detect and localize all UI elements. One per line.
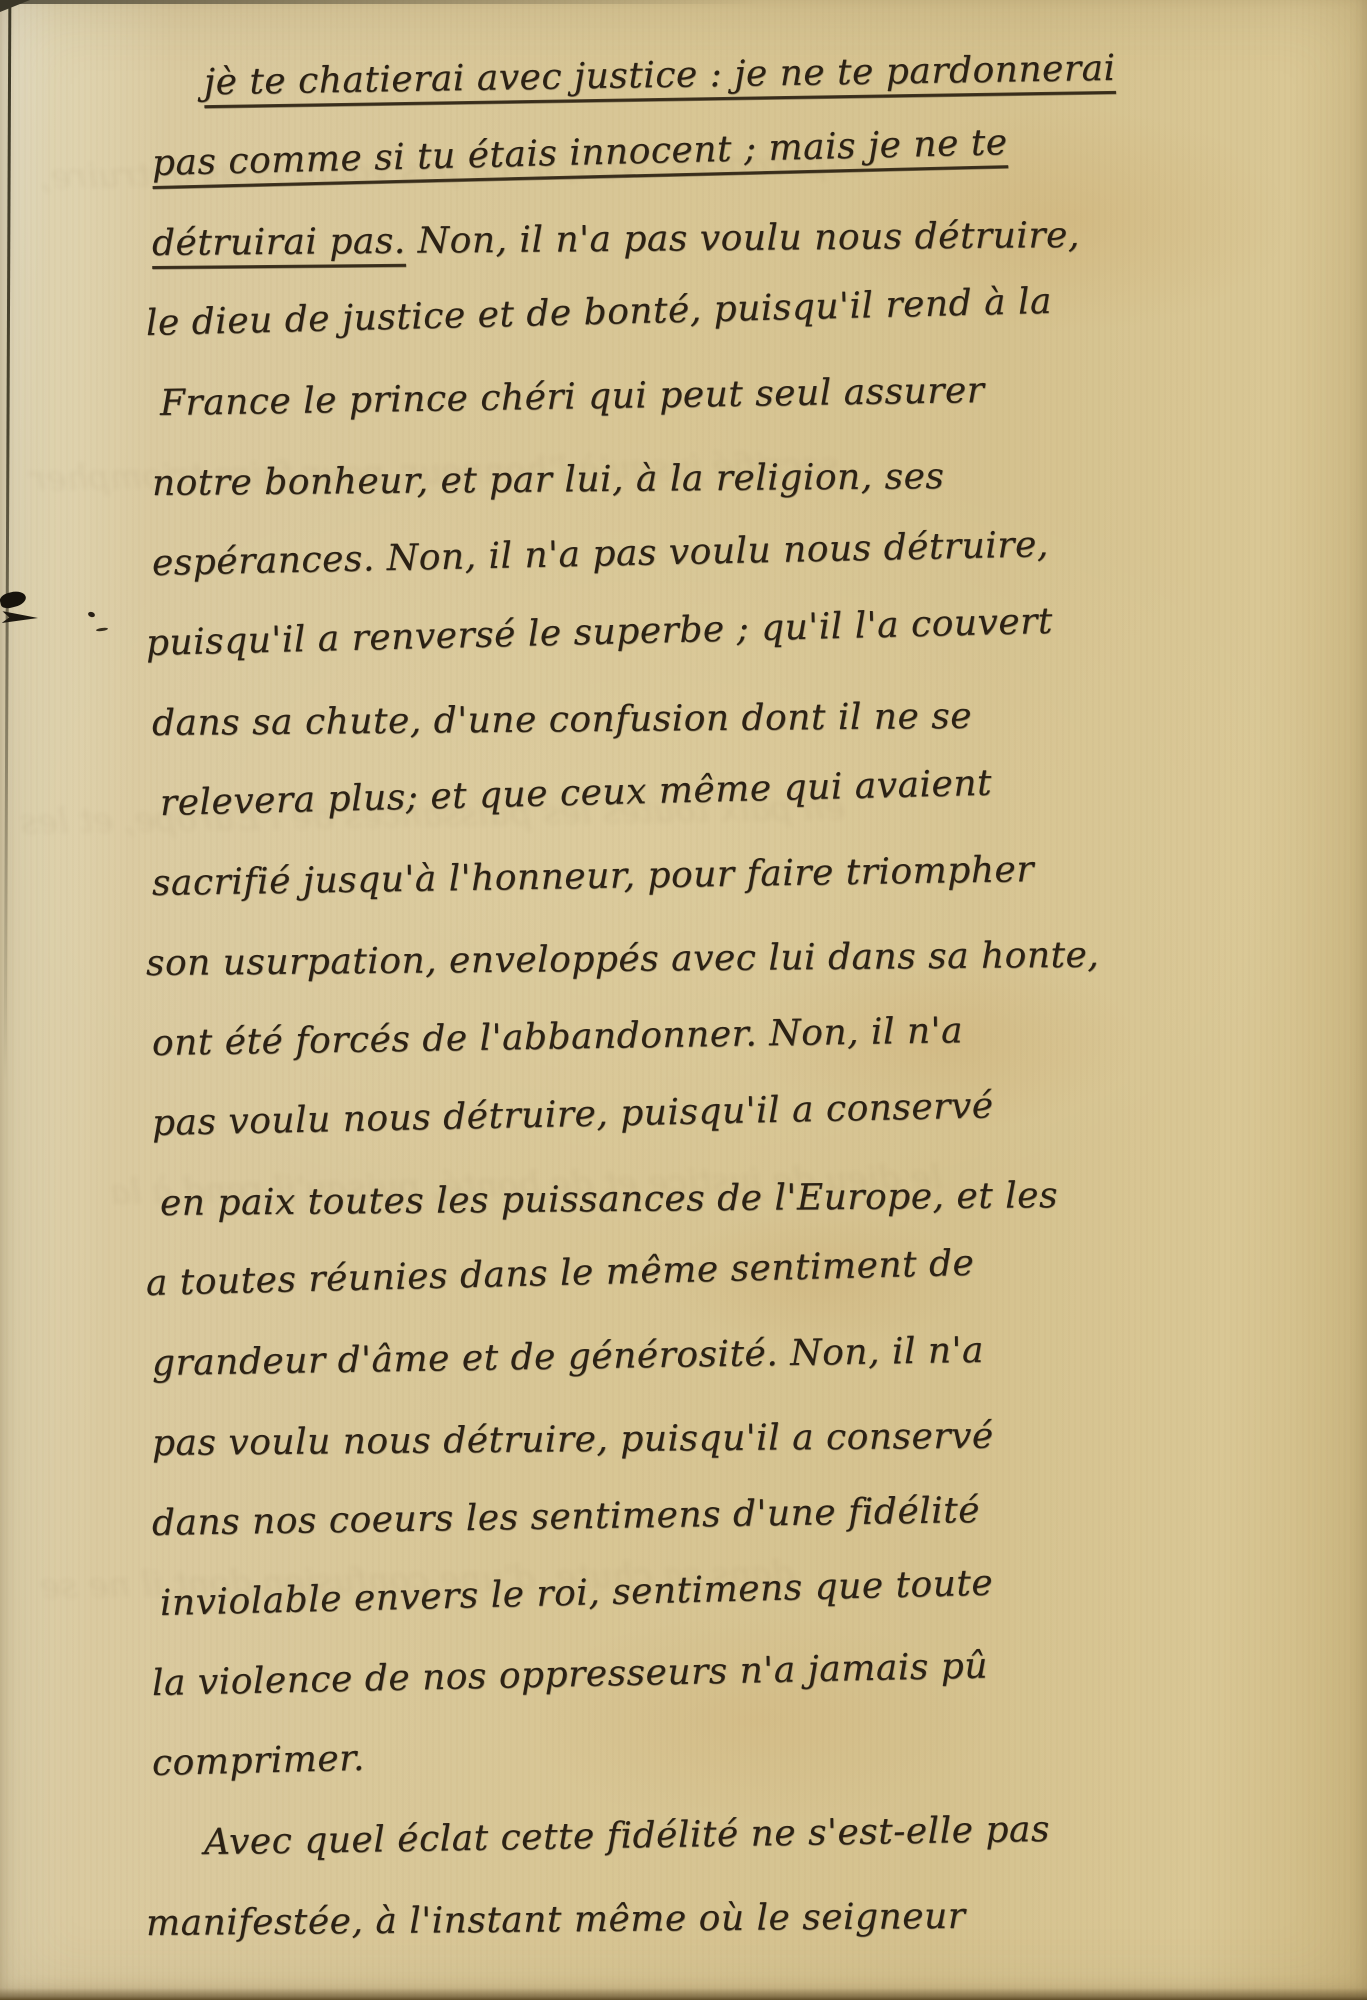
manuscript-line: sacrifié jusqu'à l'honneur, pour faire t… <box>151 828 1152 924</box>
manuscript-page-scan: espérances. Non, il n'a pas voulu nous d… <box>0 0 1367 2000</box>
page-edge-top <box>0 0 760 4</box>
ink-speck <box>87 611 95 618</box>
page-edge-line-left <box>4 0 12 1080</box>
manuscript-line: France le prince chéri qui peut seul ass… <box>159 348 1152 444</box>
bottom-page-edge <box>0 1988 1367 2000</box>
handwritten-text-block: jè te chatierai avec justice : je ne te … <box>152 44 1152 1964</box>
ink-blot-left-edge <box>0 589 27 610</box>
manuscript-line: manifestée, à l'instant même où le seign… <box>146 1875 1153 1964</box>
line-remainder: Non, il n'a pas voulu nous détruire, <box>406 215 1080 262</box>
underlined-phrase: détruirai pas. <box>152 221 406 264</box>
manuscript-line: grandeur d'âme et de générosité. Non, il… <box>151 1308 1152 1404</box>
ink-speck <box>96 627 108 632</box>
manuscript-line: Avec quel éclat cette fidélité ne s'est-… <box>151 1788 1152 1884</box>
